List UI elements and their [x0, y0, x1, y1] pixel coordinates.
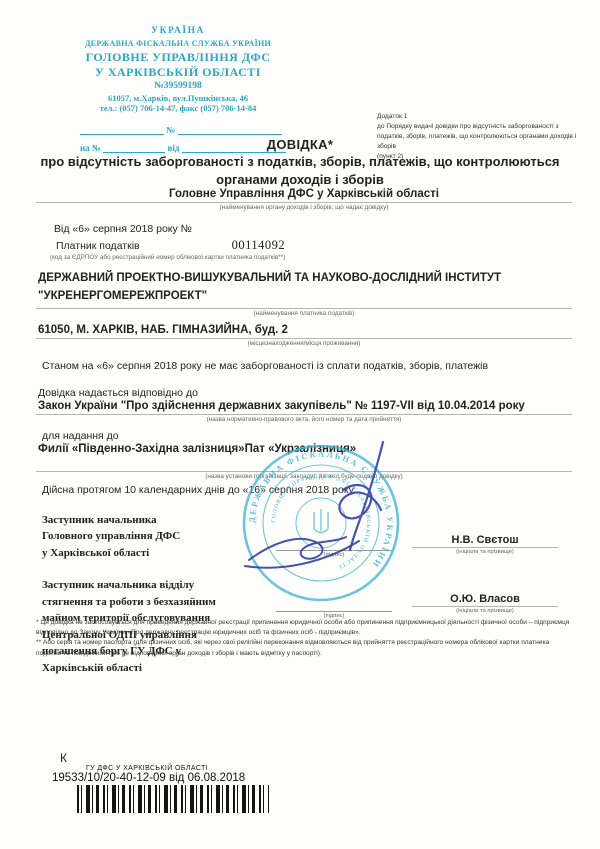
signer2-title-line: Заступник начальника відділу — [42, 577, 270, 594]
stamp-country: УКРАЇНА — [52, 26, 304, 36]
taxpayer-name: ДЕРЖАВНИЙ ПРОЕКТНО-ВИШУКУВАЛЬНИЙ ТА НАУК… — [36, 270, 572, 309]
stamp-edrpou: №39599198 — [52, 81, 304, 91]
registration-mark: К — [52, 751, 312, 765]
no-debt-statement: Станом на «6» серпня 2018 року не має за… — [36, 360, 572, 372]
blank-line — [80, 125, 164, 135]
document-subtitle-line1: про відсутність заборгованості з податкі… — [0, 154, 600, 170]
signer2-name-caption: (ініціали та прізвище) — [398, 608, 572, 614]
stamp-address: 61057, м.Харків, вул.Пушкінська, 46 — [52, 93, 304, 103]
taxpayer-label: Платник податків — [56, 240, 140, 252]
signer1-title: Заступник начальника Головного управлінн… — [36, 512, 270, 562]
title-block: ДОВІДКА* про відсутність заборгованості … — [0, 137, 600, 189]
signature-line — [276, 603, 392, 612]
signer1-name-area: Н.В. Свєтош (ініціали та прізвище) — [398, 534, 572, 562]
document-title: ДОВІДКА* — [0, 137, 600, 152]
document-subtitle-line2: органами доходів і зборів — [0, 172, 600, 188]
stamp-region: У ХАРКІВСЬКІЙ ОБЛАСТІ — [52, 65, 304, 80]
issuing-org-caption: (найменування органу доходів і зборів, щ… — [36, 204, 572, 211]
blank-line — [178, 125, 282, 135]
footnote-1: * Ця довідка не застосовується для прове… — [36, 618, 574, 638]
scanned-certificate-page: УКРАЇНА ДЕРЖАВНА ФІСКАЛЬНА СЛУЖБА УКРАЇН… — [0, 0, 600, 849]
recipient-intro: для надання до — [36, 430, 572, 442]
signature-line — [276, 542, 392, 551]
issue-date-line: Від «6» серпня 2018 року № — [36, 223, 572, 235]
taxpayer-address: 61050, М. ХАРКІВ, НАБ. ГІМНАЗИЙНА, буд. … — [36, 324, 572, 339]
taxpayer-code-caption: (код за ЄДРПОУ або реєстраційний номер о… — [36, 254, 572, 261]
registration-number: 19533/10/20-40-12-09 від 06.08.2018 — [52, 772, 312, 784]
signer1-title-line: у Харківської області — [42, 545, 270, 562]
stamp-number-line: № — [52, 125, 304, 135]
no-label: № — [166, 125, 175, 135]
validity-statement: Дійсна протягом 10 календарних днів до «… — [36, 484, 572, 496]
document-body: Головне Управління ДФС у Харківській обл… — [36, 188, 572, 676]
recipient-name: Филії «Південно-Західна залізниця»Пат «У… — [36, 443, 572, 455]
footnotes: * Ця довідка не застосовується для прове… — [36, 618, 574, 659]
signature-caption: (підпис) — [270, 552, 398, 558]
registration-block: К ГУ ДФС У ХАРКІВСЬКІЙ ОБЛАСТІ 19533/10/… — [52, 751, 312, 813]
basis-intro: Довідка надається відповідно до — [36, 387, 572, 399]
stamp-agency: ДЕРЖАВНА ФІСКАЛЬНА СЛУЖБА УКРАЇНИ — [52, 39, 304, 48]
signer1-title-line: Головного управління ДФС — [42, 528, 270, 545]
taxpayer-address-caption: (місцезнаходження/місця проживання) — [36, 340, 572, 347]
basis-law: Закон України "Про здійснення державних … — [36, 400, 572, 415]
taxpayer-name-caption: (найменування платника податків) — [36, 310, 572, 317]
signer2-title-line: Харківській області — [42, 660, 270, 677]
registration-org: ГУ ДФС У ХАРКІВСЬКІЙ ОБЛАСТІ — [52, 765, 312, 772]
signer1-name-caption: (ініціали та прізвище) — [398, 549, 572, 555]
recipient-blank-line — [36, 455, 572, 472]
taxpayer-name-line2: "УКРЕНЕРГОМЕРЕЖПРОЕКТ" — [38, 288, 572, 306]
basis-law-caption: (назва нормативно-правового акта, його н… — [36, 416, 572, 423]
signature-row-1: Заступник начальника Головного управлінн… — [36, 512, 572, 562]
footnote-2: ** Або серія та номер паспорта (для фізи… — [36, 638, 574, 658]
taxpayer-code: 00114092 — [232, 238, 286, 253]
signer2-name: О.Ю. Власов — [412, 593, 558, 607]
stamp-department: ГОЛОВНЕ УПРАВЛІННЯ ДФС — [52, 50, 304, 65]
recipient-caption: (назва установи (організації, закладу), … — [36, 473, 572, 480]
signer1-title-line: Заступник начальника — [42, 512, 270, 529]
barcode — [77, 785, 269, 813]
signer2-title-line: стягнення та роботи з безхазяйним — [42, 594, 270, 611]
issuing-org: Головне Управління ДФС у Харківській обл… — [36, 188, 572, 203]
office-header-stamp: УКРАЇНА ДЕРЖАВНА ФІСКАЛЬНА СЛУЖБА УКРАЇН… — [52, 26, 304, 153]
taxpayer-name-line1: ДЕРЖАВНИЙ ПРОЕКТНО-ВИШУКУВАЛЬНИЙ ТА НАУК… — [38, 270, 572, 288]
signer1-name: Н.В. Свєтош — [412, 534, 558, 548]
stamp-phone: тел.: (057) 706-14-47, факс (057) 706-14… — [52, 103, 304, 113]
annex-line1: Додаток 1 — [377, 112, 585, 122]
taxpayer-code-row: Платник податків 00114092 — [36, 238, 572, 253]
signer1-signature-area: (підпис) — [270, 542, 398, 562]
